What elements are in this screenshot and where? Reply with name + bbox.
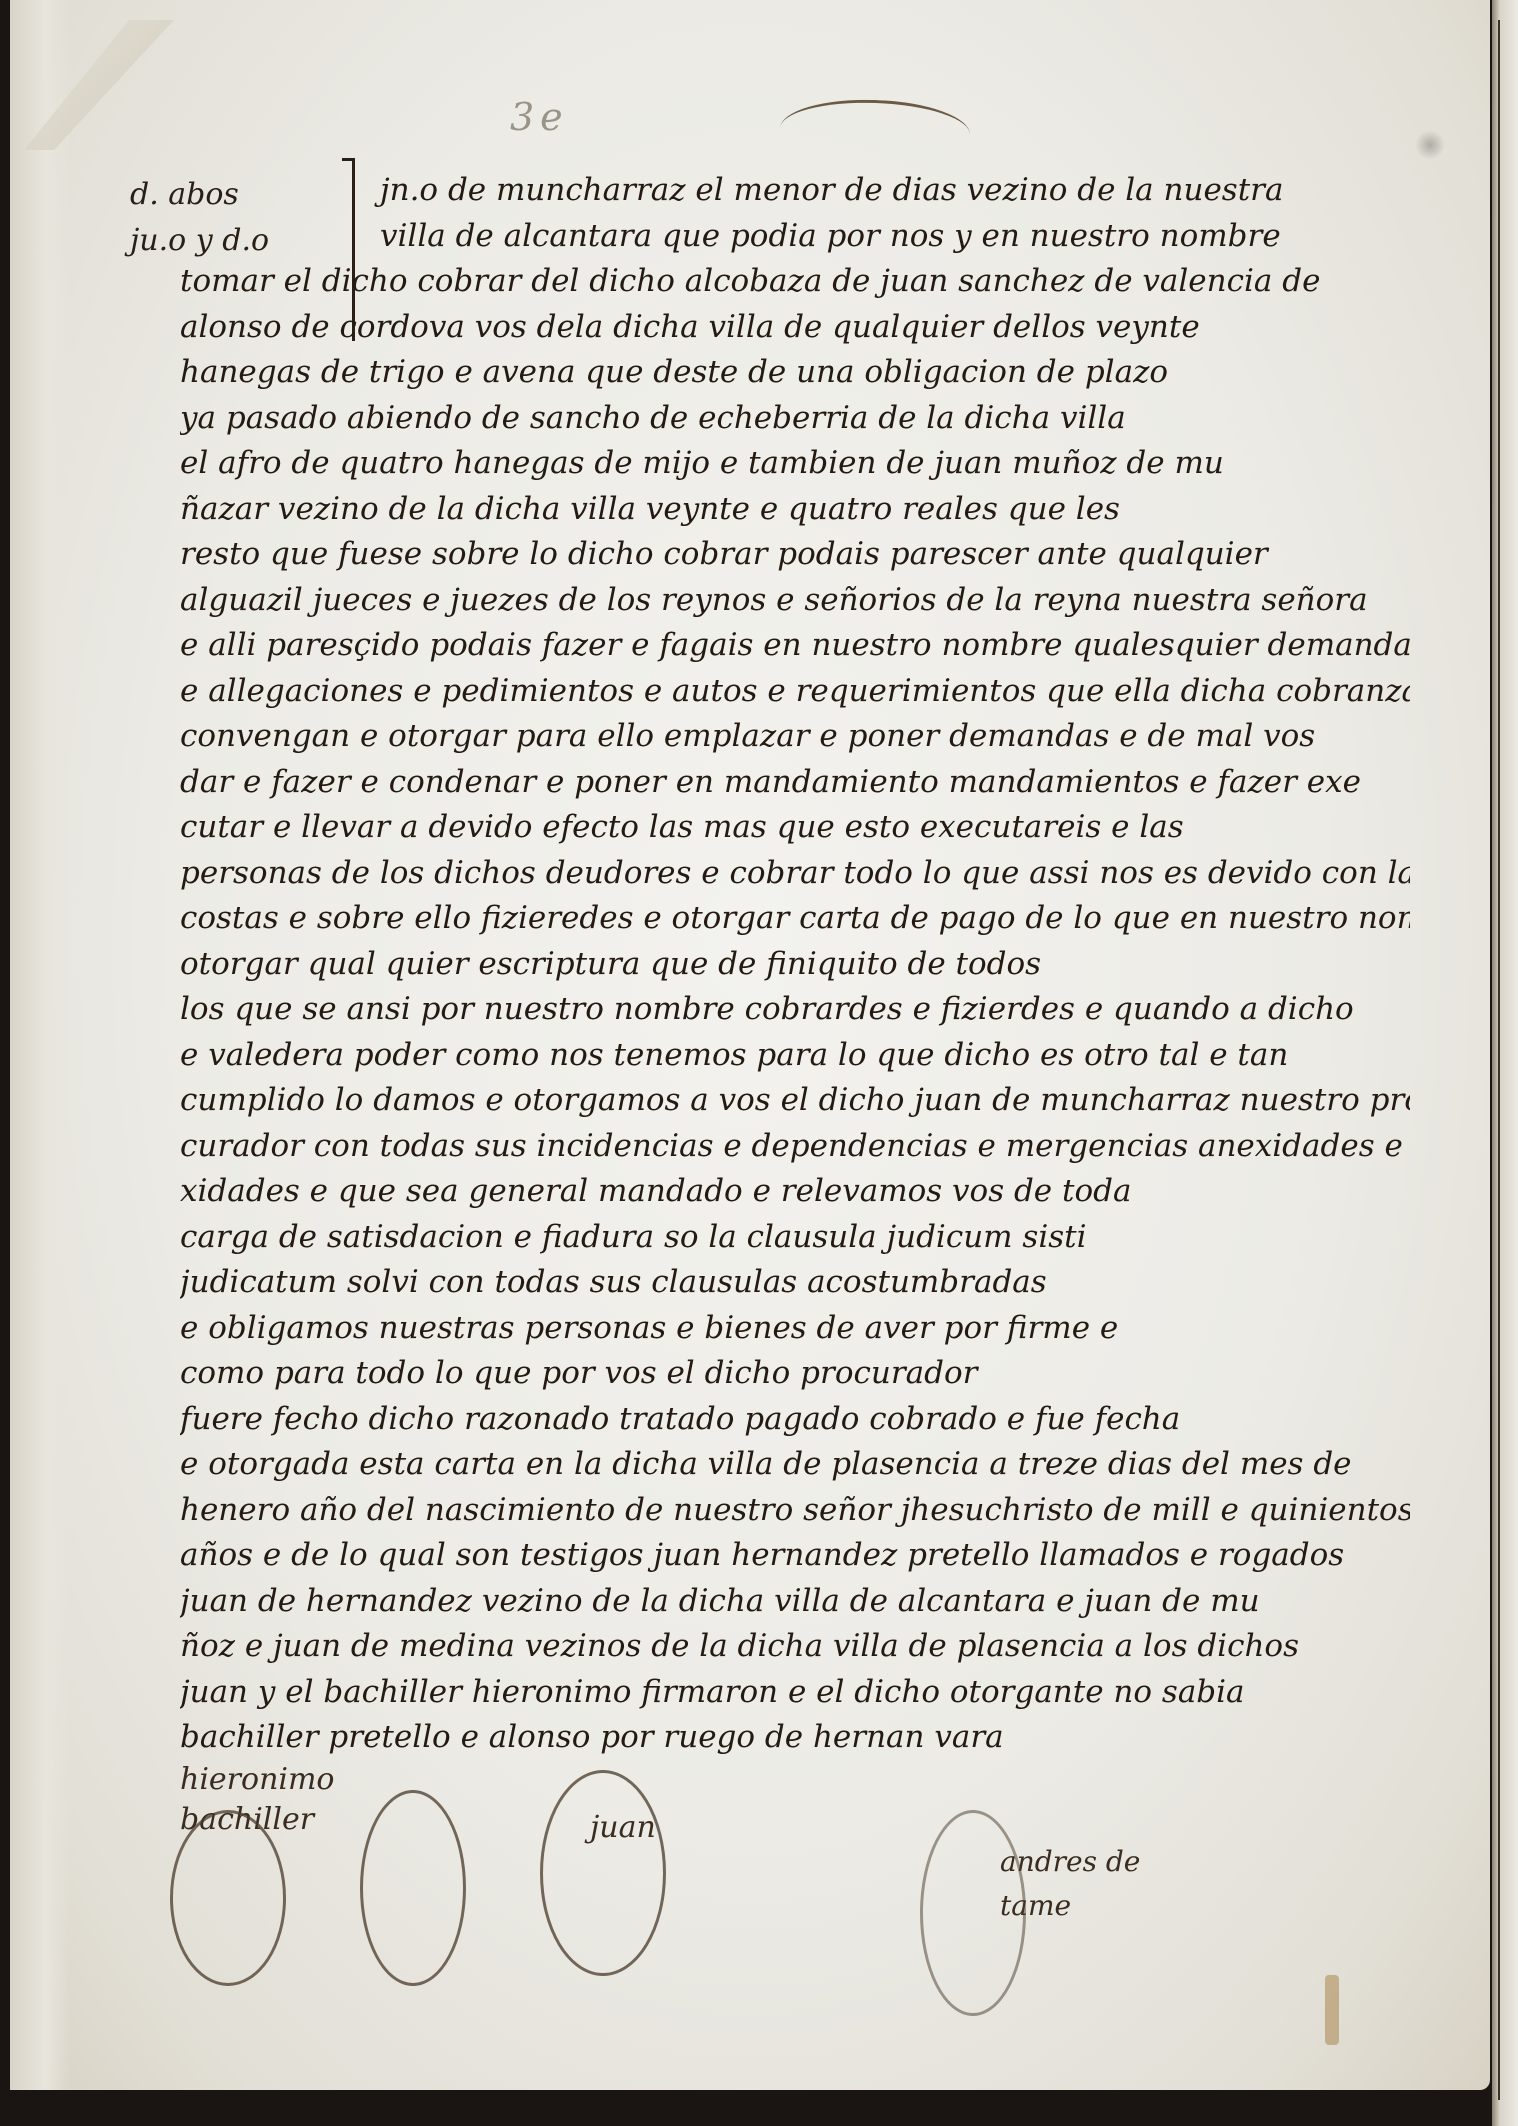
manuscript-page: 3e d. abos ju.o y d.o jn.o de muncharraz… [10, 0, 1490, 2090]
text-line: como para todo lo que por vos el dicho p… [180, 1351, 1410, 1397]
text-line: costas e sobre ello fizieredes e otorgar… [180, 896, 1410, 942]
folio-number: 3e [510, 95, 569, 139]
text-line: jn.o de muncharraz el menor de dias vezi… [180, 168, 1410, 214]
text-line: ñazar vezino de la dicha villa veynte e … [180, 487, 1410, 533]
text-line: ya pasado abiendo de sancho de echeberri… [180, 396, 1410, 442]
text-line: ñoz e juan de medina vezinos de la dicha… [180, 1624, 1410, 1670]
text-line: curador con todas sus incidencias e depe… [180, 1124, 1410, 1170]
signature-flourish [920, 1810, 1026, 2016]
text-line: los que se ansi por nuestro nombre cobra… [180, 987, 1410, 1033]
gutter-line [1498, 20, 1500, 2100]
signature-flourish [540, 1770, 666, 1976]
text-line: cumplido lo damos e otorgamos a vos el d… [180, 1078, 1410, 1124]
text-line: otorgar qual quier escriptura que de fin… [180, 942, 1410, 988]
text-line: resto que fuese sobre lo dicho cobrar po… [180, 532, 1410, 578]
text-line: convengan e otorgar para ello emplazar e… [180, 714, 1410, 760]
text-line: carga de satisdacion e fiadura so la cla… [180, 1215, 1410, 1261]
text-line: alonso de cordova vos dela dicha villa d… [180, 305, 1410, 351]
ink-smudge [1415, 130, 1445, 160]
text-line: e valedera poder como nos tenemos para l… [180, 1033, 1410, 1079]
ink-stain [1325, 1975, 1339, 2045]
text-line: dar e fazer e condenar e poner en mandam… [180, 760, 1410, 806]
text-line: tomar el dicho cobrar del dicho alcobaza… [180, 259, 1410, 305]
text-line: e otorgada esta carta en la dicha villa … [180, 1442, 1410, 1488]
signature-flourish [360, 1790, 466, 1986]
text-line: henero año del nascimiento de nuestro se… [180, 1488, 1410, 1534]
text-line: villa de alcantara que podia por nos y e… [180, 214, 1410, 260]
text-line: años e de lo qual son testigos juan hern… [180, 1533, 1410, 1579]
binding-gutter [1492, 0, 1518, 2126]
signature-flourish [170, 1810, 286, 1986]
text-line: cutar e llevar a devido efecto las mas q… [180, 805, 1410, 851]
text-line: e obligamos nuestras personas e bienes d… [180, 1306, 1410, 1352]
text-line: personas de los dichos deudores e cobrar… [180, 851, 1410, 897]
text-line: e allegaciones e pedimientos e autos e r… [180, 669, 1410, 715]
text-line: judicatum solvi con todas sus clausulas … [180, 1260, 1410, 1306]
text-line: juan de hernandez vezino de la dicha vil… [180, 1579, 1410, 1625]
text-line: fuere fecho dicho razonado tratado pagad… [180, 1397, 1410, 1443]
text-line: hanegas de trigo e avena que deste de un… [180, 350, 1410, 396]
text-line: e alli paresçido podais fazer e fagais e… [180, 623, 1410, 669]
text-line: xidades e que sea general mandado e rele… [180, 1169, 1410, 1215]
page-edge-shadow [10, 0, 70, 2090]
text-line: juan y el bachiller hieronimo firmaron e… [180, 1670, 1410, 1716]
text-line: alguazil jueces e juezes de los reynos e… [180, 578, 1410, 624]
header-flourish [779, 97, 971, 167]
signatures-area: hieronimo bachiller juan andres de tame [160, 1750, 1410, 2010]
manuscript-text: jn.o de muncharraz el menor de dias vezi… [180, 168, 1410, 1761]
text-line: el afro de quatro hanegas de mijo e tamb… [180, 441, 1410, 487]
